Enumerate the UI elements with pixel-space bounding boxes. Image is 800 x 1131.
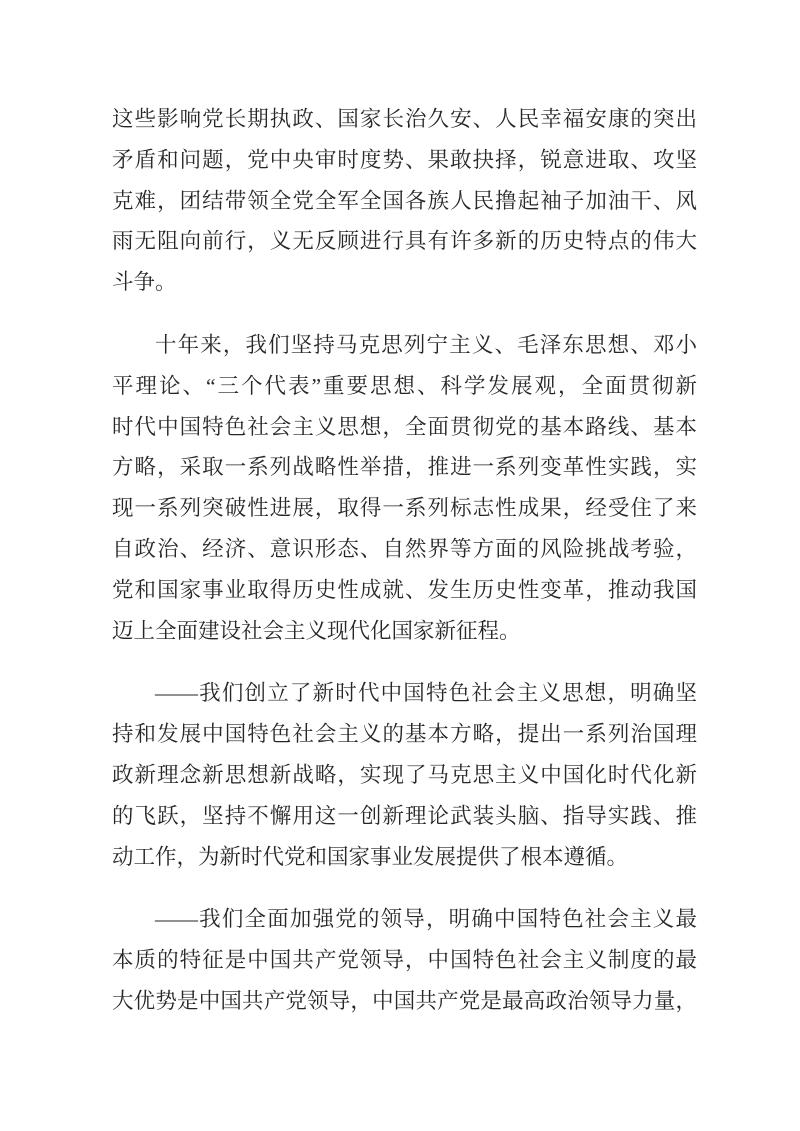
text-line: 自政治、经济、意识形态、自然界等方面的风险挑战考验， <box>112 529 697 570</box>
text-line: ——我们创立了新时代中国特色社会主义思想，明确坚 <box>112 673 697 714</box>
paragraph: ——我们创立了新时代中国特色社会主义思想，明确坚持和发展中国特色社会主义的基本方… <box>112 673 697 877</box>
text-line: 斗争。 <box>112 262 697 303</box>
text-line: 政新理念新思想新战略，实现了马克思主义中国化时代化新 <box>112 755 697 796</box>
text-line: 平理论、“三个代表”重要思想、科学发展观，全面贯彻新 <box>112 366 697 407</box>
text-line: 克难，团结带领全党全军全国各族人民撸起袖子加油干、风 <box>112 181 697 222</box>
text-line: 的飞跃，坚持不懈用这一创新理论武装头脑、指导实践、推 <box>112 796 697 837</box>
text-line: ——我们全面加强党的领导，明确中国特色社会主义最 <box>112 899 697 940</box>
text-line: 这些影响党长期执政、国家长治久安、人民幸福安康的突出 <box>112 99 697 140</box>
text-line: 现一系列突破性进展，取得一系列标志性成果，经受住了来 <box>112 488 697 529</box>
document-body: 这些影响党长期执政、国家长治久安、人民幸福安康的突出矛盾和问题，党中央审时度势、… <box>112 99 697 1022</box>
text-line: 十年来，我们坚持马克思列宁主义、毛泽东思想、邓小 <box>112 325 697 366</box>
paragraph: 十年来，我们坚持马克思列宁主义、毛泽东思想、邓小平理论、“三个代表”重要思想、科… <box>112 325 697 651</box>
text-line: 党和国家事业取得历史性成就、发生历史性变革，推动我国 <box>112 570 697 611</box>
text-line: 方略，采取一系列战略性举措，推进一系列变革性实践，实 <box>112 447 697 488</box>
text-line: 动工作，为新时代党和国家事业发展提供了根本遵循。 <box>112 837 697 878</box>
text-line: 迈上全面建设社会主义现代化国家新征程。 <box>112 611 697 652</box>
text-line: 本质的特征是中国共产党领导，中国特色社会主义制度的最 <box>112 940 697 981</box>
text-line: 时代中国特色社会主义思想，全面贯彻党的基本路线、基本 <box>112 407 697 448</box>
paragraph: ——我们全面加强党的领导，明确中国特色社会主义最本质的特征是中国共产党领导，中国… <box>112 899 697 1021</box>
paragraph: 这些影响党长期执政、国家长治久安、人民幸福安康的突出矛盾和问题，党中央审时度势、… <box>112 99 697 303</box>
text-line: 大优势是中国共产党领导，中国共产党是最高政治领导力量， <box>112 981 697 1022</box>
document-page: 这些影响党长期执政、国家长治久安、人民幸福安康的突出矛盾和问题，党中央审时度势、… <box>0 0 800 1131</box>
text-line: 持和发展中国特色社会主义的基本方略，提出一系列治国理 <box>112 714 697 755</box>
text-line: 矛盾和问题，党中央审时度势、果敢抉择，锐意进取、攻坚 <box>112 140 697 181</box>
text-line: 雨无阻向前行，义无反顾进行具有许多新的历史特点的伟大 <box>112 221 697 262</box>
